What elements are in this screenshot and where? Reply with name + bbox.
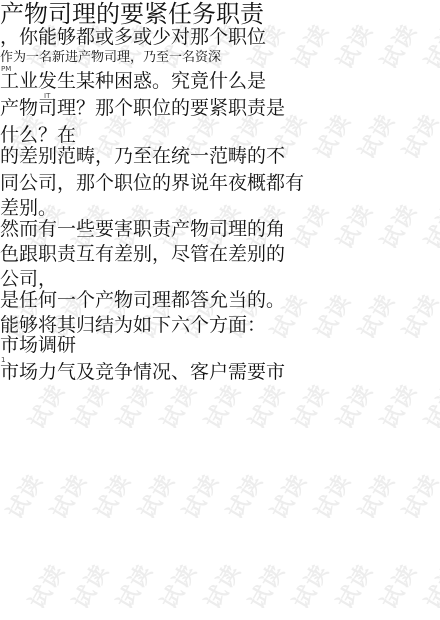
watermark-text: 试读 — [131, 467, 182, 524]
watermark-text: 试读 — [21, 557, 72, 614]
watermark-text: 试读 — [351, 107, 402, 164]
text-line: 然而有一些要害职责产物司理的角 — [0, 220, 285, 239]
text-line: 色跟职责互有差别，尽管在差别的 — [0, 245, 285, 264]
watermark-text: 试读 — [87, 467, 138, 524]
watermark-text: 试读 — [43, 467, 94, 524]
watermark-text: 试读 — [285, 557, 336, 614]
watermark-text: 试读 — [65, 557, 116, 614]
text-line: 差别。 — [0, 199, 57, 218]
watermark-text: 试读 — [109, 557, 160, 614]
text-line: 作为一名新进产物司理，乃至一名资深 — [0, 51, 221, 64]
text-line: 市场调研 — [0, 336, 76, 355]
watermark-text: 试读 — [197, 377, 248, 434]
watermark-text: 试读 — [329, 17, 380, 74]
watermark-text: 试读 — [373, 197, 424, 254]
watermark-text: 试读 — [417, 17, 440, 74]
watermark-text: 试读 — [329, 377, 380, 434]
watermark-text: 试读 — [21, 377, 72, 434]
watermark-text: 试读 — [351, 287, 402, 344]
watermark-text: 试读 — [373, 17, 424, 74]
watermark-text: 试读 — [307, 287, 358, 344]
watermark-text: 试读 — [241, 557, 292, 614]
watermark-text: 试读 — [197, 557, 248, 614]
watermark-text: 试读 — [395, 467, 440, 524]
text-line: 市场力气及竞争情况、客户需要市 — [0, 363, 285, 382]
text-line: 什么？在 — [0, 126, 76, 145]
watermark-text: 试读 — [153, 557, 204, 614]
text-line: 工业发生某种困惑。究竟什么是 — [0, 72, 266, 91]
text-line: ，你能够都或多或少对那个职位 — [0, 28, 266, 47]
watermark-text: 试读 — [329, 197, 380, 254]
watermark-text: 试读 — [351, 467, 402, 524]
watermark-text: 试读 — [175, 467, 226, 524]
watermark-text: 试读 — [373, 377, 424, 434]
text-line: 产物司理？那个职位的要紧职责是 — [0, 99, 285, 118]
text-line: 公司， — [0, 270, 57, 289]
text-line: 是任何一个产物司理都答允当的。 — [0, 291, 285, 310]
text-line: 的差别范畴，乃至在统一范畴的不 — [0, 147, 285, 166]
watermark-text: 试读 — [307, 107, 358, 164]
watermark-text: 试读 — [417, 377, 440, 434]
watermark-text: 试读 — [65, 377, 116, 434]
watermark-text: 试读 — [285, 197, 336, 254]
watermark-text: 试读 — [241, 377, 292, 434]
watermark-text: 试读 — [395, 287, 440, 344]
watermark-text: 试读 — [263, 467, 314, 524]
watermark-text: 试读 — [373, 557, 424, 614]
watermark-text: 试读 — [0, 467, 49, 524]
watermark-text: 试读 — [219, 467, 270, 524]
text-line: 同公司，那个职位的界说年夜概都有 — [0, 174, 304, 193]
watermark-text: 试读 — [153, 377, 204, 434]
watermark-text: 试读 — [307, 467, 358, 524]
watermark-text: 试读 — [285, 17, 336, 74]
text-line: 能够将其归结为如下六个方面： — [0, 316, 266, 335]
watermark-text: 试读 — [417, 197, 440, 254]
watermark-text: 试读 — [285, 377, 336, 434]
document-title: 产物司理的要紧任务职责 — [0, 2, 264, 26]
watermark-text: 试读 — [395, 107, 440, 164]
watermark-text: 试读 — [109, 377, 160, 434]
watermark-text: 试读 — [417, 557, 440, 614]
watermark-text: 试读 — [329, 557, 380, 614]
